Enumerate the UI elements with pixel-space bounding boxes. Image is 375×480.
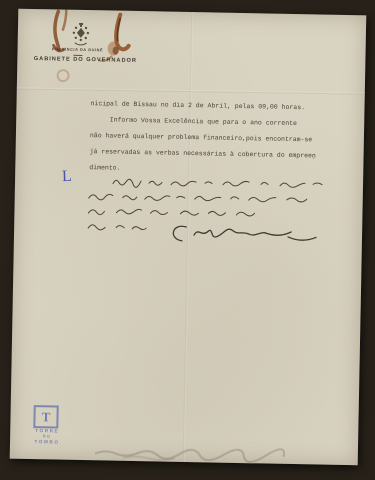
torre-do-tombo-stamp: T TORRE DO TOMBO	[31, 405, 65, 406]
stamp-text-do: DO	[30, 434, 64, 439]
stamp-text-torre: TORRE	[30, 428, 64, 434]
letter-paper: PROVÍNCIA DA GUINÉ GABINETE DO GOVERNADO…	[10, 9, 367, 466]
ring-stain	[55, 67, 71, 83]
stamp-frame: T	[33, 405, 58, 428]
scanned-letter-page: { "document": { "letterhead": { "provinc…	[0, 0, 375, 480]
handwritten-note	[82, 171, 331, 256]
scan-background: PROVÍNCIA DA GUINÉ GABINETE DO GOVERNADO…	[0, 0, 375, 480]
blue-pen-mark: L	[62, 167, 83, 190]
stamp-text-tombo: TOMBO	[30, 439, 64, 445]
typed-line-4: já reservadas as verbas necessárias à co…	[89, 146, 329, 163]
typed-line-3: não haverá qualquer problema financeiro,…	[90, 130, 330, 147]
typed-line-2: Informo Vossa Excelência que para o ano …	[90, 114, 330, 131]
bleed-through-writing	[94, 444, 308, 464]
typed-line-1: nicipal de Bissau no dia 2 de Abril, pel…	[90, 98, 330, 115]
stamp-initial: T	[42, 410, 51, 423]
rust-stains	[27, 9, 143, 71]
